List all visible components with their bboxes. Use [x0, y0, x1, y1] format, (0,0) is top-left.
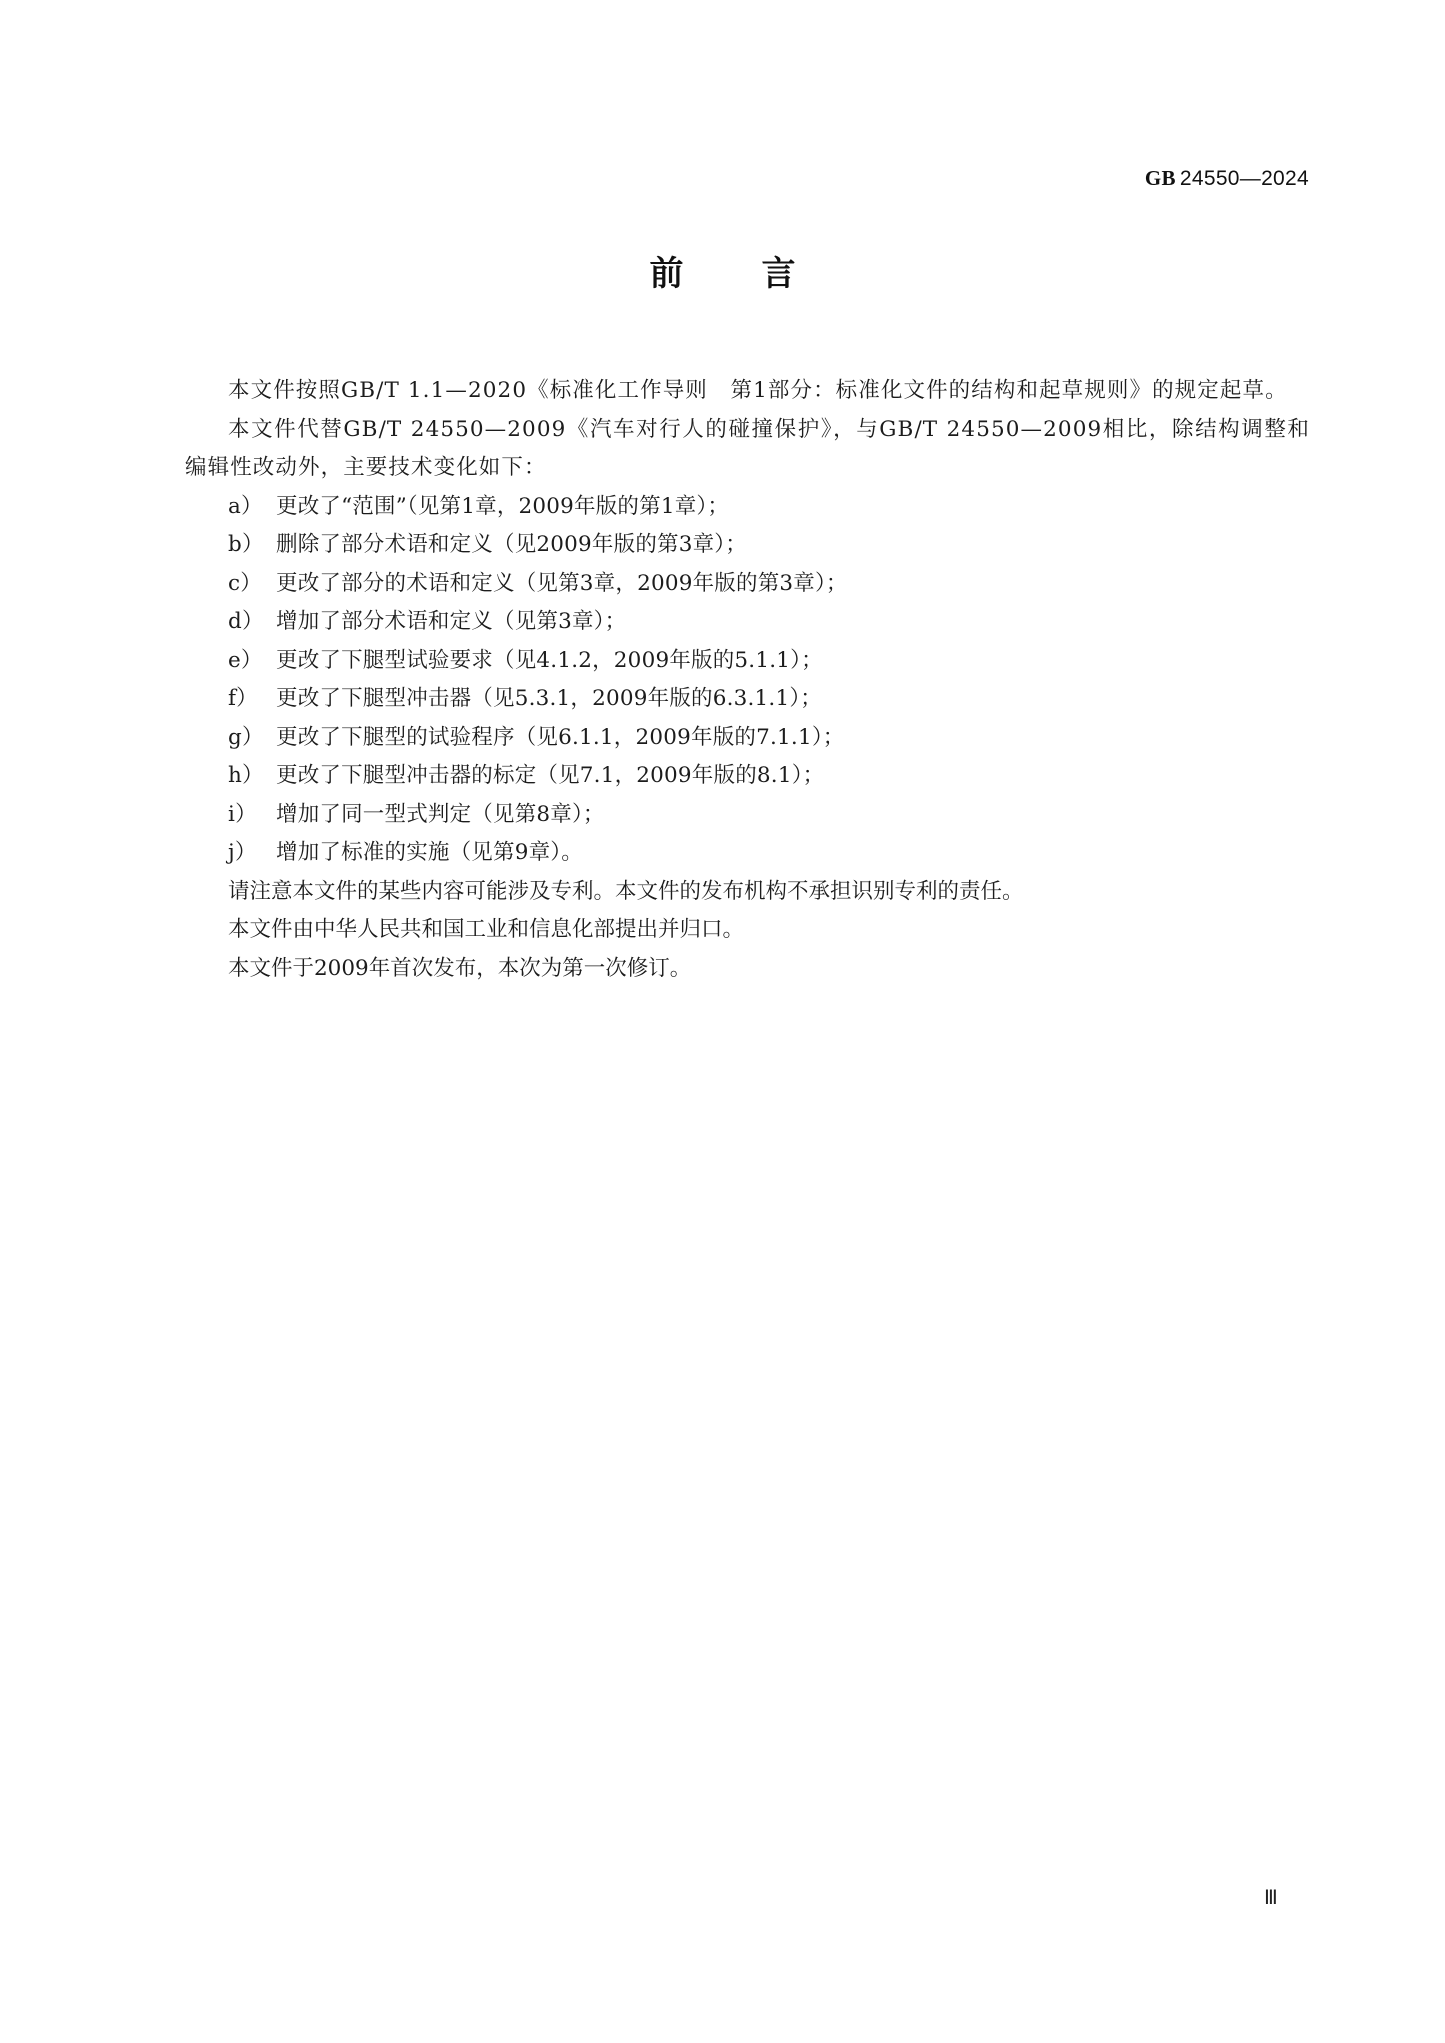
- list-item-text: 更改了下腿型冲击器（见5.3.1，2009年版的6.3.1.1）；: [276, 686, 822, 711]
- list-item-text: 增加了标准的实施（见第9章）。: [276, 840, 583, 865]
- standard-number: 24550—2024: [1180, 167, 1309, 190]
- list-item: j）增加了标准的实施（见第9章）。: [185, 834, 1310, 873]
- technical-changes-list: a）更改了“范围”（见第1章，2009年版的第1章）； b）删除了部分术语和定义…: [185, 488, 1310, 873]
- list-marker: j）: [228, 834, 276, 873]
- list-item: f）更改了下腿型冲击器（见5.3.1，2009年版的6.3.1.1）；: [185, 680, 1310, 719]
- list-marker: e）: [228, 642, 276, 681]
- title-char-1: 前: [650, 246, 684, 295]
- page-number: Ⅲ: [1264, 1885, 1278, 1910]
- list-item: e）更改了下腿型试验要求（见4.1.2，2009年版的5.1.1）；: [185, 642, 1310, 681]
- list-item: c）更改了部分的术语和定义（见第3章，2009年版的第3章）；: [185, 565, 1310, 604]
- standard-prefix: GB: [1145, 166, 1176, 190]
- publication-history: 本文件于2009年首次发布，本次为第一次修订。: [185, 950, 1310, 989]
- page-title: 前言: [0, 246, 1445, 295]
- list-marker: h）: [228, 757, 276, 796]
- paragraph-drafting-basis: 本文件按照GB/T 1.1—2020《标准化工作导则 第1部分：标准化文件的结构…: [185, 372, 1310, 411]
- list-marker: f）: [228, 680, 276, 719]
- list-item-text: 删除了部分术语和定义（见2009年版的第3章）；: [276, 532, 747, 557]
- list-item: g）更改了下腿型的试验程序（见6.1.1，2009年版的7.1.1）；: [185, 719, 1310, 758]
- list-marker: i）: [228, 796, 276, 835]
- list-item-text: 更改了部分的术语和定义（见第3章，2009年版的第3章）；: [276, 571, 848, 596]
- document-page: GB24550—2024 前言 本文件按照GB/T 1.1—2020《标准化工作…: [0, 0, 1445, 2043]
- proposing-authority: 本文件由中华人民共和国工业和信息化部提出并归口。: [185, 911, 1310, 950]
- list-item-text: 更改了下腿型冲击器的标定（见7.1，2009年版的8.1）；: [276, 763, 824, 788]
- list-item: h）更改了下腿型冲击器的标定（见7.1，2009年版的8.1）；: [185, 757, 1310, 796]
- list-item: b）删除了部分术语和定义（见2009年版的第3章）；: [185, 526, 1310, 565]
- list-marker: a）: [228, 488, 276, 527]
- list-marker: b）: [228, 526, 276, 565]
- list-item: d）增加了部分术语和定义（见第3章）；: [185, 603, 1310, 642]
- list-item-text: 增加了部分术语和定义（见第3章）；: [276, 609, 626, 634]
- foreword-body: 本文件按照GB/T 1.1—2020《标准化工作导则 第1部分：标准化文件的结构…: [185, 372, 1310, 988]
- patent-notice: 请注意本文件的某些内容可能涉及专利。本文件的发布机构不承担识别专利的责任。: [185, 873, 1310, 912]
- list-marker: d）: [228, 603, 276, 642]
- paragraph-replacement: 本文件代替GB/T 24550—2009《汽车对行人的碰撞保护》，与GB/T 2…: [185, 411, 1310, 488]
- list-item-text: 更改了下腿型的试验程序（见6.1.1，2009年版的7.1.1）；: [276, 725, 844, 750]
- list-item-text: 更改了“范围”（见第1章，2009年版的第1章）；: [276, 494, 729, 519]
- standard-code-header: GB24550—2024: [1145, 166, 1309, 191]
- list-item-text: 增加了同一型式判定（见第8章）；: [276, 802, 605, 827]
- list-item-text: 更改了下腿型试验要求（见4.1.2，2009年版的5.1.1）；: [276, 648, 823, 673]
- list-marker: c）: [228, 565, 276, 604]
- list-item: i）增加了同一型式判定（见第8章）；: [185, 796, 1310, 835]
- list-marker: g）: [228, 719, 276, 758]
- list-item: a）更改了“范围”（见第1章，2009年版的第1章）；: [185, 488, 1310, 527]
- title-char-2: 言: [762, 246, 796, 295]
